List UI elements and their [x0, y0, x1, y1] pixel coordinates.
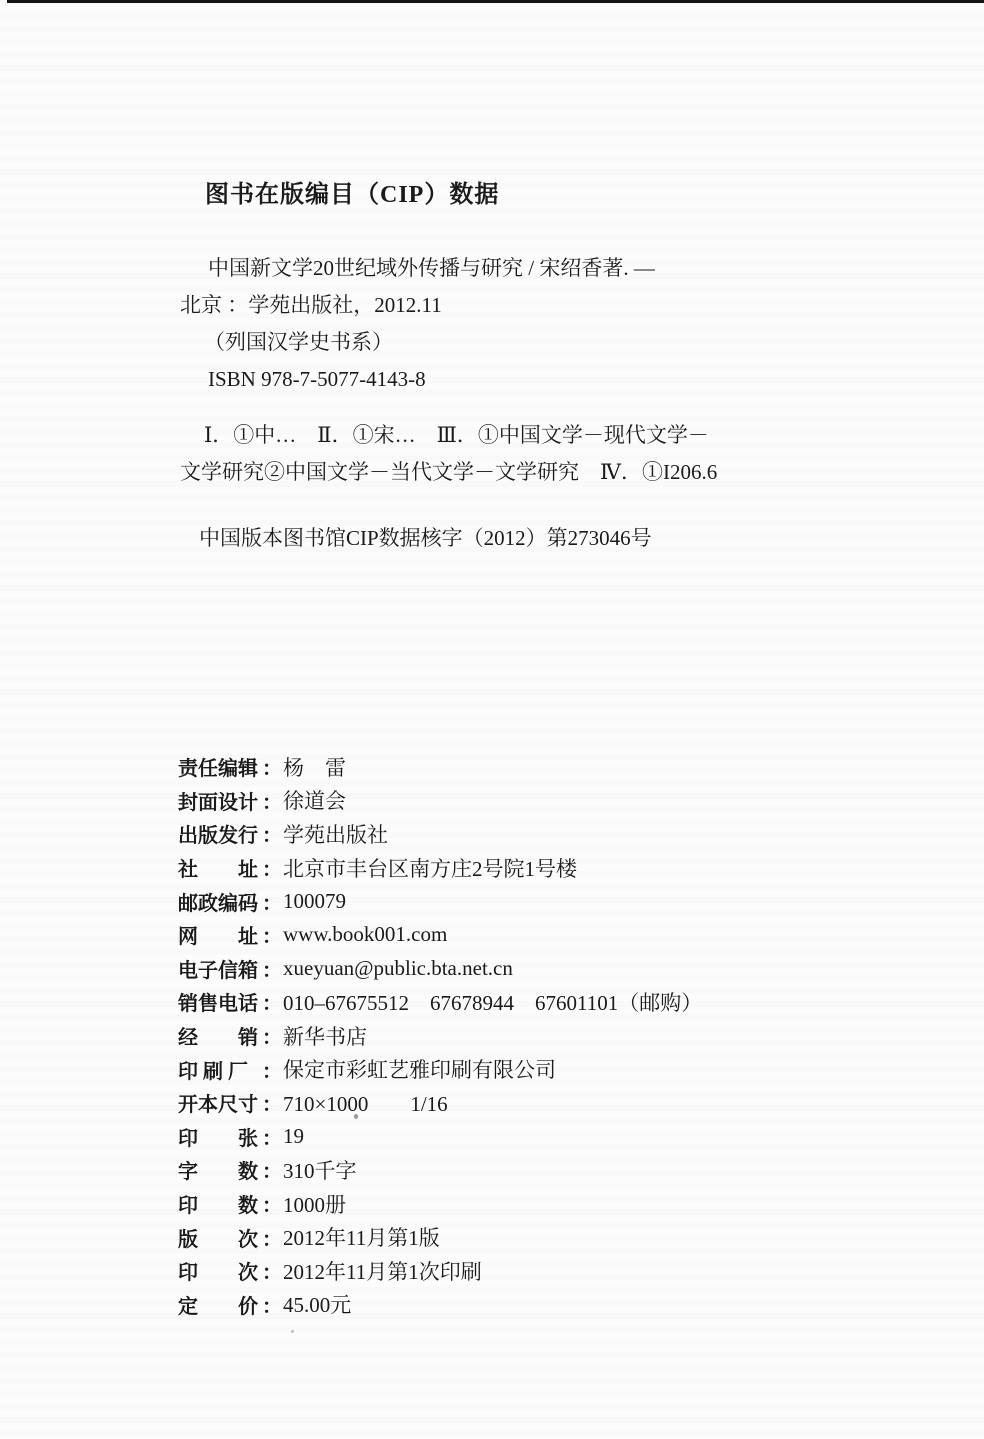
cip-record-block: 中国新文学20世纪域外传播与研究 / 宋绍香著. — 北京 ：学苑出版社，201… [180, 250, 820, 398]
colophon-colon: ： [262, 786, 282, 815]
colophon-value: 保定市彩虹艺雅印刷有限公司 [283, 1054, 556, 1084]
colophon-row: 出版发行：学苑出版社 [178, 817, 918, 851]
colophon-label: 网 址 [178, 920, 262, 949]
colophon-colon: ： [262, 853, 282, 882]
colophon-colon: ： [262, 1256, 282, 1285]
colophon-label: 经 销 [178, 1021, 262, 1050]
colophon-value: 2012年11月第1次印刷 [283, 1256, 482, 1286]
colophon-label: 责任编辑 [178, 752, 262, 781]
colophon-row: 开本尺寸：710×1000 1/16 [178, 1086, 918, 1120]
colophon-value: 100079 [283, 889, 346, 914]
cip-copyright-page: 图书在版编目（CIP）数据 中国新文学20世纪域外传播与研究 / 宋绍香著. —… [0, 0, 984, 1439]
colophon-label: 电子信箱 [178, 954, 262, 983]
colophon-label: 封面设计 [178, 786, 262, 815]
classification-line: Ⅰ．①中… Ⅱ．①宋… Ⅲ．①中国文学－现代文学－ [180, 417, 840, 454]
colophon-colon: ： [262, 920, 282, 949]
colophon-value: 杨 雷 [283, 752, 346, 782]
colophon-colon: ： [262, 987, 282, 1016]
colophon-value: 310千字 [283, 1155, 357, 1185]
record-line-isbn: ISBN 978-7-5077-4143-8 [180, 361, 820, 398]
colophon-row: 版 次：2012年11月第1版 [178, 1220, 918, 1254]
colophon-row: 经 销：新华书店 [178, 1019, 918, 1053]
colophon-colon: ： [262, 887, 282, 916]
colophon-colon: ： [262, 1223, 282, 1252]
colophon-label: 版 次 [178, 1223, 262, 1252]
colophon-label: 开本尺寸 [178, 1088, 262, 1117]
colophon-colon: ： [262, 1021, 282, 1050]
colophon-colon: ： [262, 1290, 282, 1319]
colophon-row: 字 数：310千字 [178, 1153, 918, 1187]
colophon-colon: ： [262, 819, 282, 848]
scan-top-edge-line [7, 0, 984, 3]
cip-classification-block: Ⅰ．①中… Ⅱ．①宋… Ⅲ．①中国文学－现代文学－ 文学研究②中国文学－当代文学… [180, 417, 840, 491]
record-line-series: （列国汉学史书系） [180, 324, 820, 361]
colophon-label: 印 张 [178, 1122, 262, 1151]
colophon-label: 印 数 [178, 1189, 262, 1218]
colophon-row: 印 张：19 [178, 1120, 918, 1154]
colophon-label: 出版发行 [178, 819, 262, 848]
colophon-value: 新华书店 [283, 1021, 367, 1051]
colophon-value: 45.00元 [283, 1289, 351, 1319]
colophon-colon: ： [262, 1189, 282, 1218]
record-line: 北京 ：学苑出版社，2012.11 [180, 287, 820, 324]
colophon-colon: ： [262, 1055, 282, 1084]
colophon-row: 社 址：北京市丰台区南方庄2号院1号楼 [178, 851, 918, 885]
colophon-value: 2012年11月第1版 [283, 1222, 440, 1252]
colophon-row: 网 址：www.book001.com [178, 918, 918, 952]
colophon-value: 北京市丰台区南方庄2号院1号楼 [283, 853, 577, 883]
colophon-row: 邮政编码：100079 [178, 884, 918, 918]
cip-registration-number: 中国版本图书馆CIP数据核字（2012）第273046号 [199, 520, 652, 557]
colophon-row: 销售电话：010–67675512 67678944 67601101（邮购） [178, 985, 918, 1019]
colophon-row: 封面设计：徐道会 [178, 784, 918, 818]
scan-artifact-dot [291, 1330, 294, 1333]
colophon-value: 学苑出版社 [283, 819, 388, 849]
colophon-row: 责任编辑：杨 雷 [178, 750, 918, 784]
colophon-value: www.book001.com [283, 922, 447, 947]
colophon-colon: ： [262, 1155, 282, 1184]
colophon-value: 010–67675512 67678944 67601101（邮购） [283, 987, 702, 1017]
colophon-label: 字 数 [178, 1155, 262, 1184]
colophon-row: 印 次：2012年11月第1次印刷 [178, 1254, 918, 1288]
colophon-row: 电子信箱：xueyuan@public.bta.net.cn [178, 952, 918, 986]
classification-line: 文学研究②中国文学－当代文学－文学研究 Ⅳ．①I206.6 [180, 454, 840, 491]
cip-heading: 图书在版编目（CIP）数据 [205, 180, 499, 210]
colophon-value: 710×1000 1/16 [283, 1088, 448, 1118]
colophon-value: xueyuan@public.bta.net.cn [283, 956, 513, 981]
colophon-value: 徐道会 [283, 785, 346, 815]
colophon-value: 19 [283, 1124, 304, 1149]
colophon-label: 销售电话 [178, 987, 262, 1016]
colophon-label: 邮政编码 [178, 887, 262, 916]
colophon-row: 印 刷 厂：保定市彩虹艺雅印刷有限公司 [178, 1052, 918, 1086]
colophon-row: 印 数：1000册 [178, 1187, 918, 1221]
colophon-row: 定 价：45.00元 [178, 1288, 918, 1322]
colophon-colon: ： [262, 752, 282, 781]
colophon-colon: ： [262, 1122, 282, 1151]
colophon-colon: ： [262, 1088, 282, 1117]
scan-artifact-dot [354, 1114, 358, 1119]
colophon-block: 责任编辑：杨 雷 封面设计：徐道会 出版发行：学苑出版社 社 址：北京市丰台区南… [178, 750, 918, 1321]
colophon-label: 社 址 [178, 853, 262, 882]
colophon-label: 定 价 [178, 1290, 262, 1319]
colophon-value: 1000册 [283, 1189, 346, 1219]
colophon-colon: ： [262, 954, 282, 983]
record-line: 中国新文学20世纪域外传播与研究 / 宋绍香著. — [180, 250, 820, 287]
colophon-label: 印 次 [178, 1256, 262, 1285]
colophon-label: 印 刷 厂 [178, 1055, 262, 1084]
